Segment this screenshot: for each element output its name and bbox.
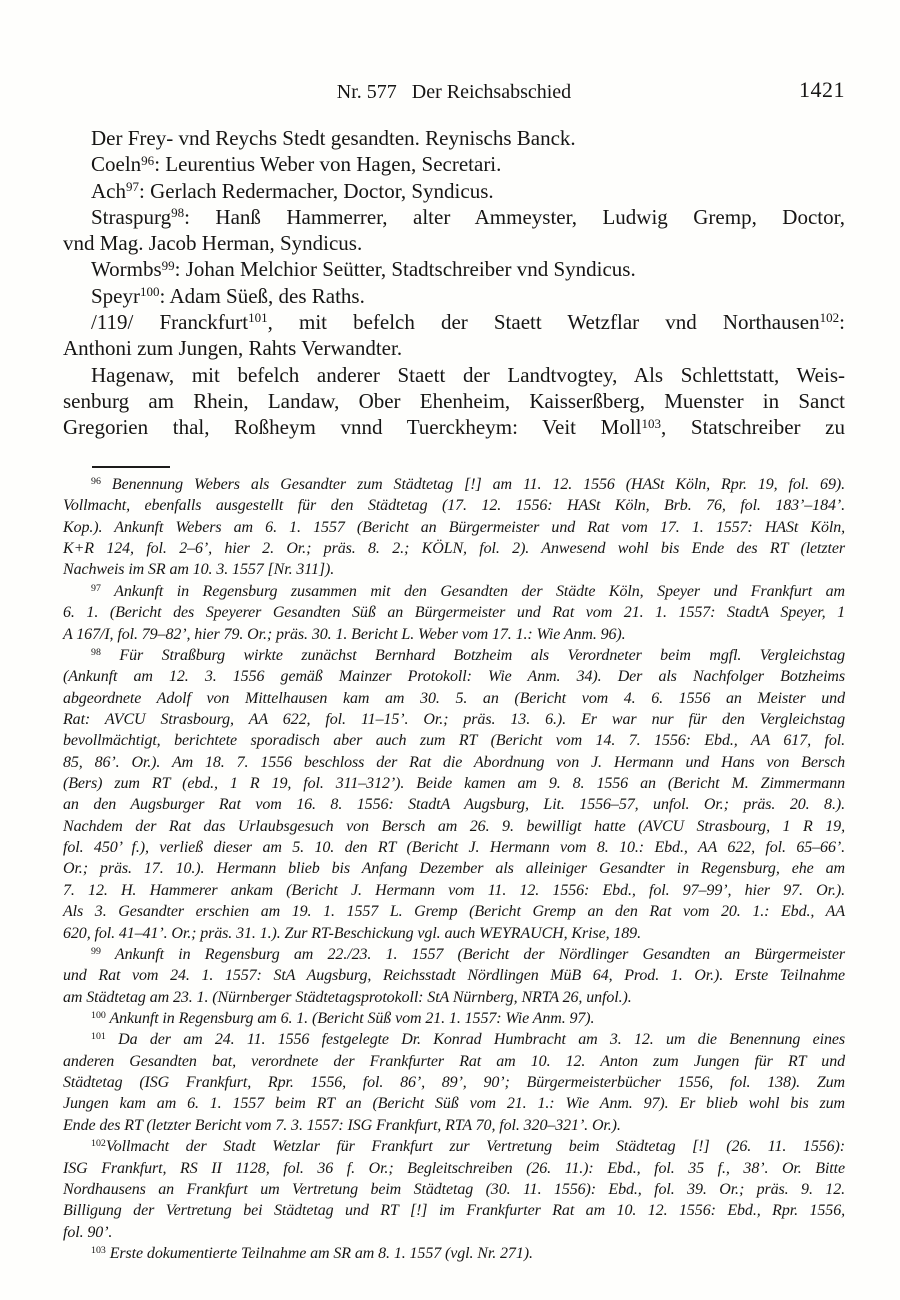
document-number: Nr. 577 — [337, 81, 397, 103]
footnote-line: 100 Ankunft in Regensburg am 6. 1. (Beri… — [63, 1008, 845, 1029]
footnote-marker: 99 — [162, 258, 175, 273]
footnote-line: 6. 1. (Bericht des Speyerer Gesandten Sü… — [63, 602, 845, 623]
document-title: Der Reichsabschied — [412, 81, 571, 103]
footnote-separator — [92, 466, 170, 468]
footnote-line: und Rat vom 24. 1. 1557: StA Augsburg, R… — [63, 965, 845, 986]
footnote-marker: 100 — [140, 284, 160, 299]
footnote-line: Nordhausens an Frankfurt um Vertretung b… — [63, 1179, 845, 1200]
main-text: Der Frey- vnd Reychs Stedt gesandten. Re… — [63, 125, 845, 441]
footnote-line: 99 Ankunft in Regensburg am 22./23. 1. 1… — [63, 944, 845, 965]
text-line: Coeln96: Leurentius Weber von Hagen, Sec… — [63, 151, 845, 177]
footnote-line: Kop.). Ankunft Webers am 6. 1. 1557 (Ber… — [63, 517, 845, 538]
footnote-line: Ende des RT (letzter Bericht vom 7. 3. 1… — [63, 1115, 845, 1136]
footnote-marker: 102 — [91, 1138, 106, 1149]
footnote-line: fol. 450’ f.), verließ dieser am 5. 10. … — [63, 837, 845, 858]
footnote-marker: 97 — [91, 583, 101, 594]
footnote-line: 620, fol. 41–41’. Or.; präs. 31. 1.). Zu… — [63, 923, 845, 944]
footnote-line: ISG Frankfurt, RS II 1128, fol. 36 f. Or… — [63, 1158, 845, 1179]
footnote-marker: 96 — [141, 153, 154, 168]
footnote-line: 97 Ankunft in Regensburg zusammen mit de… — [63, 581, 845, 602]
text-line: vnd Mag. Jacob Herman, Syndicus. — [63, 230, 845, 256]
footnote-marker: 102 — [820, 310, 840, 325]
footnote-marker: 100 — [91, 1010, 106, 1021]
footnote-line: Or.; präs. 17. 10.). Hermann blieb bis A… — [63, 858, 845, 879]
footnote-line: abgeordnete Adolf von Mittelhausen kam a… — [63, 688, 845, 709]
footnote-line: Billigung der Vertretung bei Städtetag u… — [63, 1200, 845, 1221]
footnote-marker: 101 — [91, 1031, 106, 1042]
footnote-line: Rat: AVCU Strasbourg, AA 622, fol. 11–15… — [63, 709, 845, 730]
text-line: Wormbs99: Johan Melchior Seütter, Stadts… — [63, 256, 845, 282]
text-line: senburg am Rhein, Landaw, Ober Ehenheim,… — [63, 388, 845, 414]
footnote-line: 98 Für Straßburg wirkte zunächst Bernhar… — [63, 645, 845, 666]
text-line: Der Frey- vnd Reychs Stedt gesandten. Re… — [63, 125, 845, 151]
footnote-line: Vollmacht, ebenfalls ausgestellt für den… — [63, 495, 845, 516]
running-title: Nr. 577Der Reichsabschied — [63, 80, 845, 104]
footnote-line: (Ankunft am 12. 3. 1556 gemäß Mainzer Pr… — [63, 666, 845, 687]
footnote-line: K+R 124, fol. 2–6’, hier 2. Or.; präs. 8… — [63, 538, 845, 559]
footnote-marker: 99 — [91, 946, 101, 957]
footnote-line: Nachdem der Rat das Urlaubsgesuch von Be… — [63, 816, 845, 837]
footnote-line: Als 3. Gesandter erschien am 19. 1. 1557… — [63, 901, 845, 922]
text-line: Anthoni zum Jungen, Rahts Verwandter. — [63, 335, 845, 361]
footnote-line: 96 Benennung Webers als Gesandter zum St… — [63, 474, 845, 495]
footnote-line: am Städtetag am 23. 1. (Nürnberger Städt… — [63, 987, 845, 1008]
page-number: 1421 — [799, 78, 845, 102]
footnote-marker: 101 — [248, 310, 268, 325]
text-line: Straspurg98: Hanß Hammerrer, alter Ammey… — [63, 204, 845, 230]
book-page: Nr. 577Der Reichsabschied 1421 Der Frey-… — [0, 0, 900, 1300]
text-line: Speyr100: Adam Süeß, des Raths. — [63, 283, 845, 309]
footnote-marker: 103 — [642, 416, 662, 431]
footnote-marker: 98 — [91, 647, 101, 658]
footnote-line: bevollmächtigt, berichtete sporadisch ab… — [63, 730, 845, 751]
footnote-line: 103 Erste dokumentierte Teilnahme am SR … — [63, 1243, 845, 1264]
footnote-marker: 98 — [171, 205, 184, 220]
footnote-line: anderen Gesandten bat, verordnete der Fr… — [63, 1051, 845, 1072]
text-line: Gregorien thal, Roßheym vnnd Tuerckheym:… — [63, 414, 845, 440]
text-line: /119/ Franckfurt101, mit befelch der Sta… — [63, 309, 845, 335]
text-line: Ach97: Gerlach Redermacher, Doctor, Synd… — [63, 178, 845, 204]
footnote-line: fol. 90’. — [63, 1222, 845, 1243]
footnote-line: 101 Da der am 24. 11. 1556 festgelegte D… — [63, 1029, 845, 1050]
footnote-line: 85, 86’. Or.). Am 18. 7. 1556 beschloss … — [63, 752, 845, 773]
footnote-line: Jungen kam am 6. 1. 1557 beim RT an (Ber… — [63, 1093, 845, 1114]
footnote-marker: 97 — [126, 179, 139, 194]
footnote-marker: 96 — [91, 476, 101, 487]
footnote-line: 7. 12. H. Hammerer ankam (Bericht J. Her… — [63, 880, 845, 901]
footnote-line: 102Vollmacht der Stadt Wetzlar für Frank… — [63, 1136, 845, 1157]
footnote-line: an den Augsburger Rat vom 16. 8. 1556: S… — [63, 794, 845, 815]
footnote-line: Städtetag (ISG Frankfurt, Rpr. 1556, fol… — [63, 1072, 845, 1093]
text-line: Hagenaw, mit befelch anderer Staett der … — [63, 362, 845, 388]
footnote-line: A 167/I, fol. 79–82’, hier 79. Or.; präs… — [63, 624, 845, 645]
footnote-line: Nachweis im SR am 10. 3. 1557 [Nr. 311])… — [63, 559, 845, 580]
footnotes: 96 Benennung Webers als Gesandter zum St… — [63, 474, 845, 1264]
footnote-marker: 103 — [91, 1245, 106, 1256]
page-header: Nr. 577Der Reichsabschied 1421 — [63, 80, 845, 106]
footnote-line: (Bers) zum RT (ebd., 1 R 19, fol. 311–31… — [63, 773, 845, 794]
